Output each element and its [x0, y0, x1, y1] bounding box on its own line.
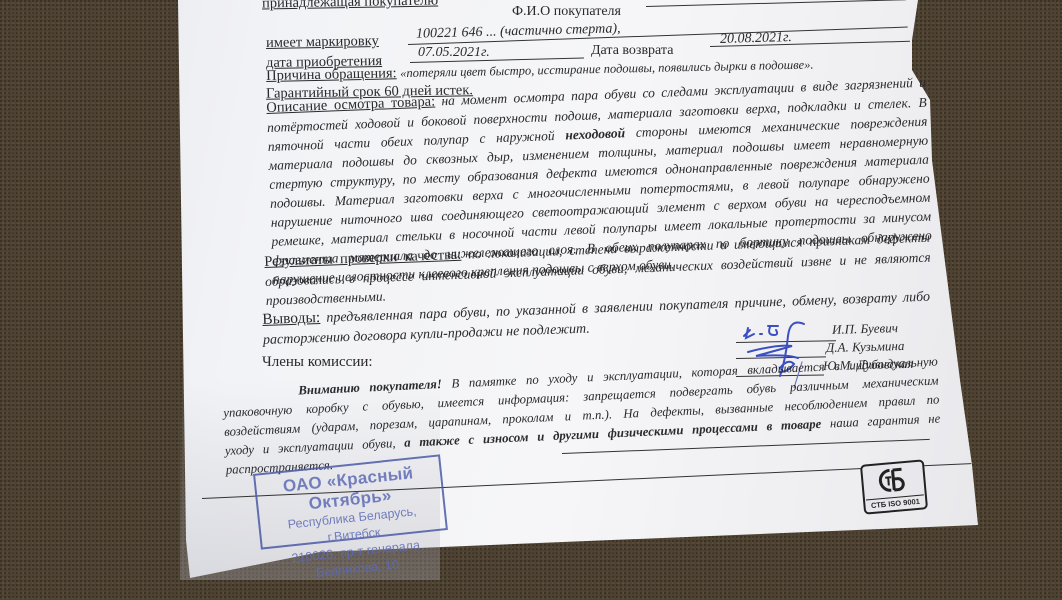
- fio-caption: Ф.И.О покупателя: [512, 4, 621, 20]
- cert-caption: СТБ ISO 9001: [866, 494, 925, 512]
- return-date-label: Дата возврата: [591, 43, 673, 59]
- inspection-act-document: принадлежащая покупателю Ф.И.О покупател…: [0, 0, 1062, 600]
- purchase-date-value: 07.05.2021г.: [418, 45, 490, 61]
- top-cut-label: принадлежащая покупателю: [262, 0, 438, 12]
- reason-label: Причина обращения:: [266, 65, 397, 84]
- marking-label: имеет маркировку: [266, 33, 379, 51]
- bold-word: неходовой: [565, 125, 625, 142]
- conclusions-label: Выводы:: [262, 309, 320, 328]
- stb-certification-icon: [877, 466, 907, 494]
- fio-line: [646, 0, 906, 7]
- notice-tail: наша гарантия не: [821, 411, 941, 430]
- commission-label: Члены комиссии:: [262, 354, 373, 370]
- stb-iso-9001-logo: СТБ ISO 9001: [860, 459, 928, 514]
- customer-notice: Вниманию покупателя! В памятке по уходу …: [222, 353, 942, 480]
